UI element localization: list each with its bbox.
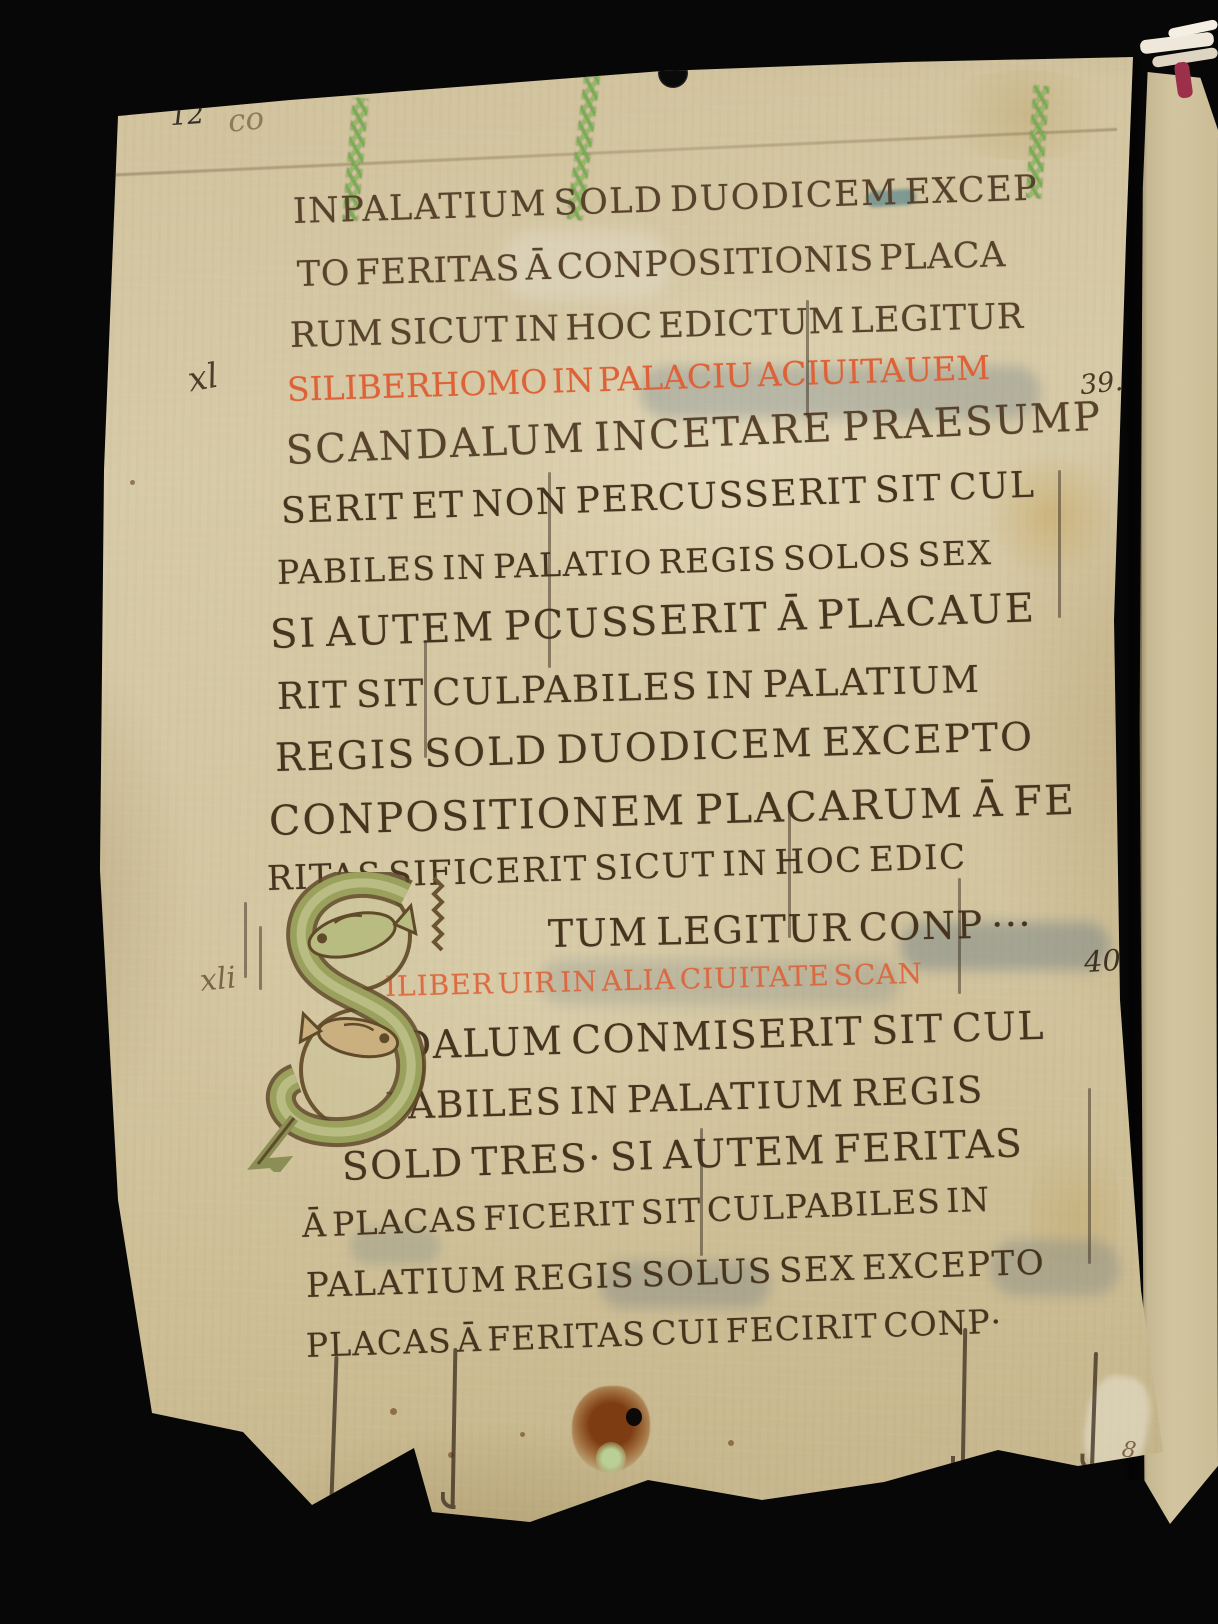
chapter-numeral-left-upper: xl	[185, 356, 222, 401]
rubric-line: ILIBER UIR IN ALIA CIUITATE SCAN	[385, 957, 924, 1003]
text-line: REGIS SOLD DUODICEM EXCEPTO	[274, 715, 1034, 781]
descender-stroke	[1058, 470, 1061, 618]
text-line: CONPOSITIONEM PLACARUM Ā FE	[268, 776, 1076, 845]
descender-stroke	[330, 1356, 339, 1498]
facing-leaf-edge	[1138, 72, 1218, 1524]
text-line: SCANDALUM INCETARE PRAESUMP	[285, 394, 1103, 474]
parchment-hole	[658, 58, 688, 88]
margin-stroke	[244, 902, 247, 978]
margin-stroke	[259, 926, 262, 990]
parchment-page: 12 co xl 39. xli 40 8 INPALATIUM SOLD DU…	[0, 0, 1218, 1624]
descender-stroke	[958, 878, 961, 994]
rubric-line: SILIBERHOMO IN PALACIU ACIUITAUEM	[286, 348, 990, 409]
text-line: DALUM CONMISERIT SIT CUL	[399, 1004, 1045, 1069]
text-line: RIT SIT CULPABILES IN PALATIUM	[276, 658, 981, 718]
amber-stain	[930, 70, 1120, 160]
descender-stroke	[806, 300, 809, 418]
text-line: Ā PLACAS FICERIT SIT CULPABILES IN	[301, 1180, 991, 1245]
decorated-initial-s: S	[238, 872, 463, 1172]
chapter-numeral-left-lower: xli	[198, 960, 238, 999]
descender-stroke	[788, 800, 791, 938]
text-line: PABILES IN PALATIUM REGIS	[384, 1068, 984, 1128]
descender-stroke	[451, 1348, 458, 1506]
text-line: SI AUTEM PCUSSERIT Ā PLACAUE	[269, 585, 1036, 658]
ink-speck	[390, 1408, 397, 1415]
text-line: PALATIUM REGIS SOLUS SEX EXCEPTO	[305, 1243, 1045, 1306]
initial-s-artwork	[238, 872, 463, 1172]
descender-stroke	[1090, 1352, 1098, 1468]
folio-number: 12	[169, 99, 205, 132]
chapter-number-right-lower: 40	[1083, 943, 1122, 979]
manuscript-photo: 12 co xl 39. xli 40 8 INPALATIUM SOLD DU…	[0, 0, 1218, 1624]
text-line: TO FERITAS Ā CONPOSITIONIS PLACA	[296, 235, 1006, 295]
text-line: PABILES IN PALATIO REGIS SOLOS SEX	[276, 533, 992, 592]
ink-speck	[728, 1440, 734, 1446]
green-spot	[596, 1442, 626, 1474]
ink-speck	[520, 1432, 525, 1437]
descender-stroke	[424, 640, 427, 758]
descender-stroke	[700, 1128, 703, 1256]
descender-stroke	[548, 472, 551, 668]
text-line: INPALATIUM SOLD DUODICEM EXCEP	[292, 169, 1038, 232]
text-line: SERIT ET NON PERCUSSERIT SIT CUL	[280, 465, 1036, 532]
parchment-hole	[626, 1408, 642, 1426]
ink-speck	[130, 480, 135, 485]
text-line: RUM SICUT IN HOC EDICTUM LEGITUR	[289, 297, 1024, 356]
descender-stroke	[961, 1328, 967, 1470]
text-line: PLACAS Ā FERITAS CUI FECIRIT CONP·	[305, 1302, 1003, 1365]
descender-stroke	[1088, 1088, 1091, 1264]
folio-mark: co	[226, 100, 266, 140]
